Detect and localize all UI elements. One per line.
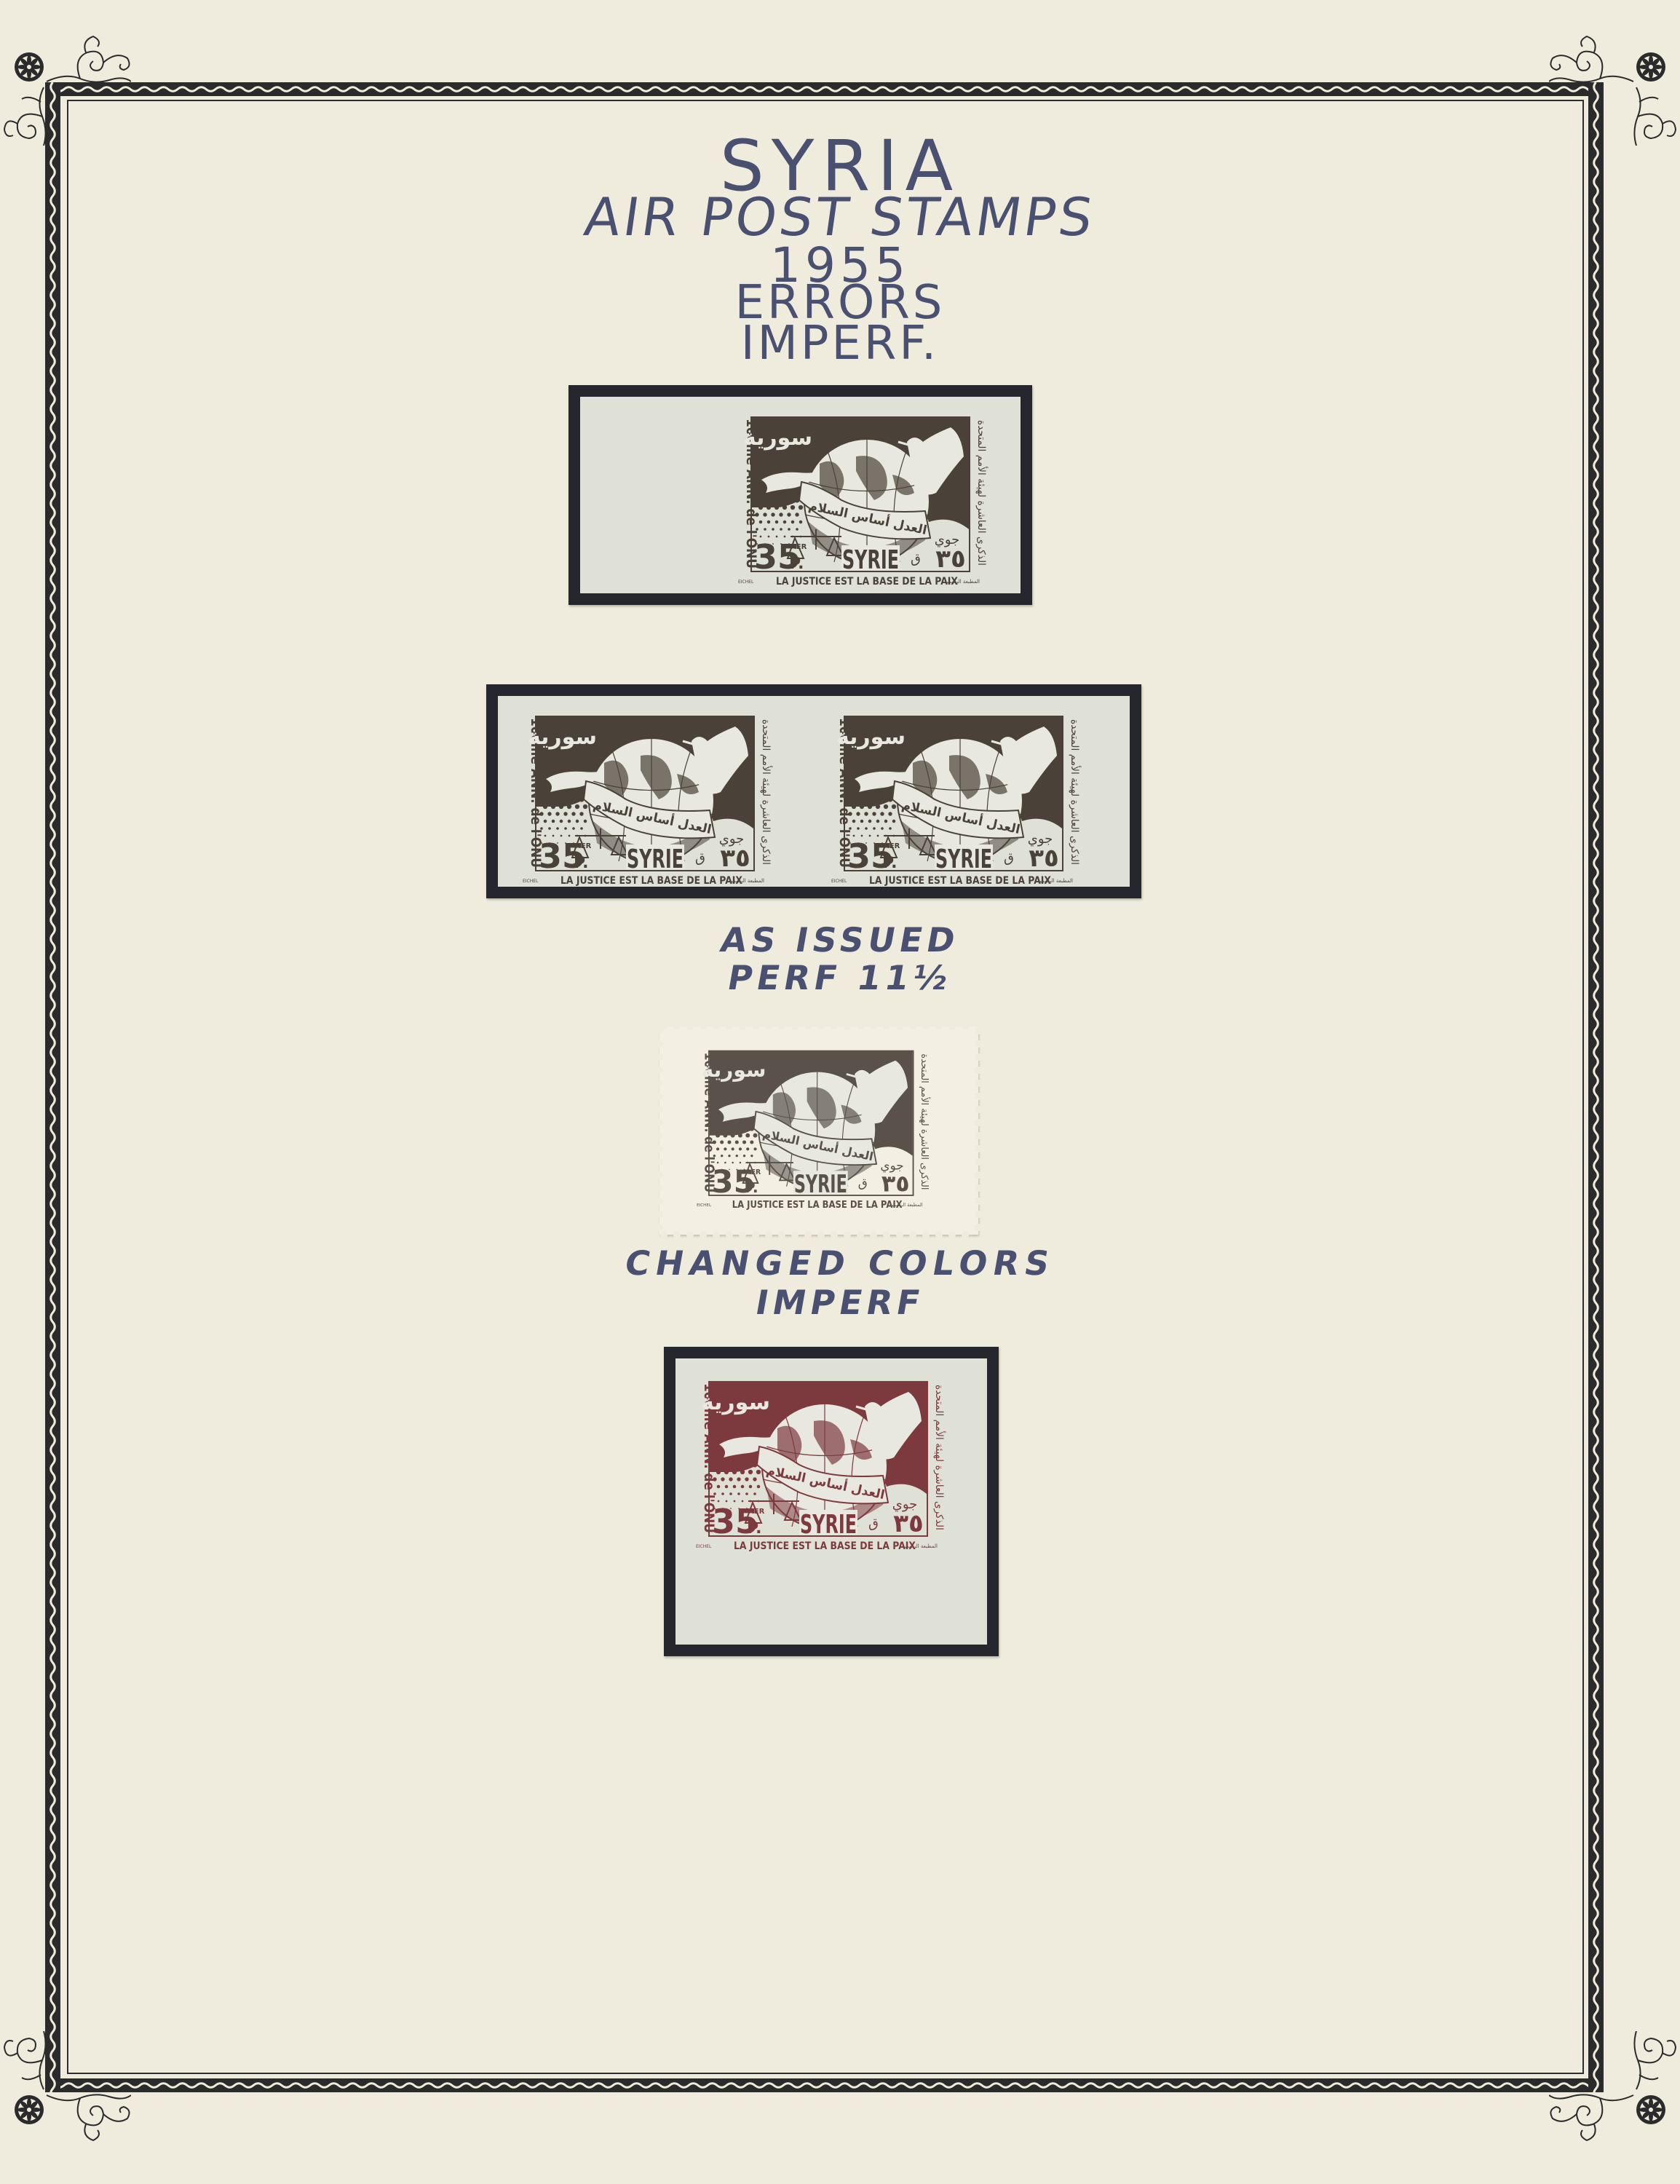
svg-text:P.: P. (882, 854, 897, 872)
svg-text:جوي: جوي (935, 532, 960, 547)
inner-rule-bottom (67, 2073, 1584, 2074)
svg-text:سورية: سورية (743, 425, 812, 451)
svg-text:سورية: سورية (836, 724, 906, 750)
svg-text:الذكرى العاشرة لهيئة الأمم الم: الذكرى العاشرة لهيئة الأمم المتحدة (760, 719, 773, 865)
svg-text:AER: AER (791, 543, 807, 551)
stamp-design: 10eme ANN. de l'ONU سورية العدل أساس الس… (732, 413, 1005, 593)
stamp-mount-color-error: 10eme ANN. de l'ONU سورية العدل أساس الس… (664, 1347, 999, 1656)
stamp-imperf-pair-right: 10eme ANN. de l'ONU سورية العدل أساس الس… (825, 712, 1098, 893)
caption-perf: PERF 11½ (0, 961, 1680, 994)
svg-text:سورية: سورية (702, 1058, 766, 1082)
heading-variety: IMPERF. (0, 320, 1680, 367)
svg-text:AER: AER (575, 842, 592, 850)
svg-text:الذكرى العاشرة لهيئة الأمم الم: الذكرى العاشرة لهيئة الأمم المتحدة (975, 420, 988, 566)
svg-text:SYRIE: SYRIE (800, 1510, 857, 1540)
border-band-bottom (45, 2078, 1604, 2092)
svg-text:EICHEL: EICHEL (697, 1203, 712, 1208)
svg-text:EICHEL: EICHEL (831, 879, 847, 884)
heading-subject: AIR POST STAMPS (0, 191, 1680, 243)
svg-text:ق: ق (868, 1516, 879, 1531)
svg-text:LA JUSTICE EST LA BASE DE LA P: LA JUSTICE EST LA BASE DE LA PAIX (560, 875, 742, 887)
svg-text:EICHEL: EICHEL (696, 1544, 712, 1549)
caption-imperf: IMPERF (0, 1286, 1680, 1319)
svg-text:EICHEL: EICHEL (738, 579, 754, 585)
svg-text:SYRIE: SYRIE (794, 1170, 847, 1198)
svg-text:جوي: جوي (719, 831, 745, 847)
caption-as-issued: AS ISSUED (0, 923, 1680, 957)
svg-text:AER: AER (748, 1508, 765, 1516)
svg-text:المطبعة الرسمية: المطبعة الرسمية (902, 1543, 938, 1549)
svg-text:الذكرى العاشرة لهيئة الأمم الم: الذكرى العاشرة لهيئة الأمم المتحدة (1069, 719, 1082, 865)
svg-text:P.: P. (789, 555, 804, 573)
border-band-left (45, 82, 60, 2092)
svg-text:سورية: سورية (528, 724, 597, 750)
stamp-mount-imperf-pair: 10eme ANN. de l'ONU سورية العدل أساس الس… (486, 684, 1141, 898)
svg-text:٣٥: ٣٥ (935, 545, 966, 574)
svg-text:جوي: جوي (892, 1497, 918, 1512)
svg-text:٣٥: ٣٥ (1029, 844, 1059, 873)
svg-text:P.: P. (747, 1519, 761, 1538)
svg-text:سورية: سورية (701, 1390, 770, 1415)
corner-ornament-top-left (0, 15, 131, 146)
svg-text:SYRIE: SYRIE (935, 844, 992, 874)
inner-rule-left (67, 100, 68, 2074)
svg-text:٣٥: ٣٥ (881, 1170, 910, 1197)
border-band-right (1588, 82, 1604, 2092)
stamp-issued-perforated: 10eme ANN. de l'ONU سورية العدل أساس الس… (659, 1026, 978, 1235)
svg-text:المطبعة الرسمية: المطبعة الرسمية (889, 1202, 923, 1208)
svg-text:ق: ق (695, 850, 705, 866)
corner-ornament-top-right (1549, 15, 1680, 146)
svg-text:جوي: جوي (880, 1158, 903, 1173)
svg-text:ق: ق (858, 1176, 868, 1190)
svg-text:المطبعة الرسمية: المطبعة الرسمية (729, 878, 764, 884)
svg-text:P.: P. (574, 854, 588, 872)
svg-text:ق: ق (911, 551, 921, 566)
svg-text:الذكرى العاشرة لهيئة الأمم الم: الذكرى العاشرة لهيئة الأمم المتحدة (933, 1385, 946, 1530)
svg-text:SYRIE: SYRIE (842, 545, 899, 575)
svg-text:ق: ق (1004, 850, 1014, 866)
stamp-imperf-single: 10eme ANN. de l'ONU سورية العدل أساس الس… (732, 413, 1005, 593)
svg-text:جوي: جوي (1028, 831, 1053, 847)
stamp-design: 10eme ANN. de l'ONU سورية العدل أساس الس… (825, 712, 1098, 893)
inner-rule-top (67, 100, 1584, 101)
svg-text:المطبعة الرسمية: المطبعة الرسمية (1037, 878, 1073, 884)
svg-text:LA JUSTICE EST LA BASE DE LA P: LA JUSTICE EST LA BASE DE LA PAIX (869, 875, 1051, 887)
svg-text:P.: P. (745, 1179, 758, 1196)
svg-text:AER: AER (745, 1168, 761, 1176)
corner-ornament-bottom-right (1549, 2031, 1680, 2162)
svg-text:الذكرى العاشرة لهيئة الأمم الم: الذكرى العاشرة لهيئة الأمم المتحدة (919, 1053, 931, 1190)
svg-text:SYRIE: SYRIE (627, 844, 684, 874)
border-band-top (45, 82, 1604, 96)
stamp-mount-single-imperf: 10eme ANN. de l'ONU سورية العدل أساس الس… (568, 385, 1032, 605)
svg-text:AER: AER (884, 842, 900, 850)
stamp-imperf-pair-left: 10eme ANN. de l'ONU سورية العدل أساس الس… (517, 712, 790, 893)
stamp-design: 10eme ANN. de l'ONU سورية العدل أساس الس… (681, 1047, 956, 1216)
svg-text:LA JUSTICE EST LA BASE DE LA P: LA JUSTICE EST LA BASE DE LA PAIX (734, 1540, 916, 1552)
stamp-design: 10eme ANN. de l'ONU سورية العدل أساس الس… (690, 1377, 963, 1558)
svg-text:LA JUSTICE EST LA BASE DE LA P: LA JUSTICE EST LA BASE DE LA PAIX (732, 1200, 903, 1211)
svg-text:المطبعة الرسمية: المطبعة الرسمية (944, 579, 980, 585)
inner-rule-right (1582, 100, 1584, 2074)
svg-text:EICHEL: EICHEL (523, 879, 539, 884)
svg-text:LA JUSTICE EST LA BASE DE LA P: LA JUSTICE EST LA BASE DE LA PAIX (776, 576, 958, 587)
svg-text:٣٥: ٣٥ (893, 1509, 924, 1538)
caption-changed-colors: CHANGED COLORS (0, 1246, 1680, 1280)
stamp-imperf-color-error: 10eme ANN. de l'ONU سورية العدل أساس الس… (690, 1377, 963, 1558)
stamp-design: 10eme ANN. de l'ONU سورية العدل أساس الس… (517, 712, 790, 893)
svg-text:٣٥: ٣٥ (720, 844, 750, 873)
corner-ornament-bottom-left (0, 2031, 131, 2162)
album-page: SYRIA AIR POST STAMPS 1955 ERRORS IMPERF… (0, 0, 1680, 2184)
